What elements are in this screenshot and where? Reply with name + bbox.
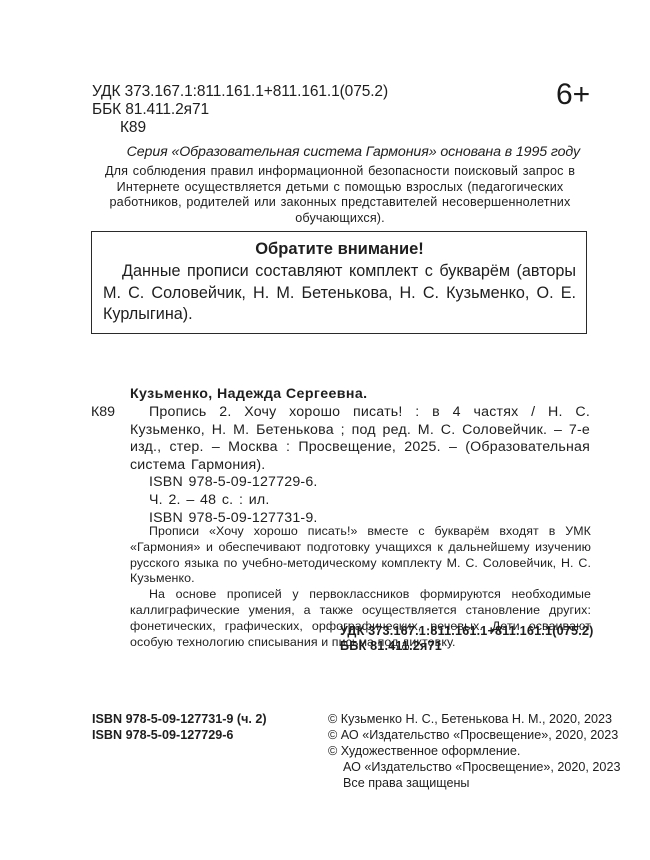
copyright-block: © Кузьменко Н. С., Бетенькова Н. М., 202… [328,711,620,791]
classification-footer: УДК 373.167.1:811.161.1+811.161.1(075.2)… [340,624,594,654]
annotation-paragraph: Прописи «Хочу хорошо писать!» вместе с б… [130,524,591,587]
udc-code-bottom: УДК 373.167.1:811.161.1+811.161.1(075.2) [340,624,594,639]
udc-code: УДК 373.167.1:811.161.1+811.161.1(075.2) [92,83,388,101]
catalog-isbn-set: ISBN 978-5-09-127729-6. [130,474,590,492]
author-mark: К89 [92,119,388,137]
catalog-code: К89 [91,404,115,421]
age-rating-badge: 6+ [556,79,590,111]
rights-reserved: Все права защищены [328,775,620,791]
bbk-code: ББК 81.411.2я71 [92,101,388,119]
isbn-line: ISBN 978-5-09-127731-9 (ч. 2) [92,711,267,727]
catalog-description: Пропись 2. Хочу хорошо писать! : в 4 час… [130,404,590,474]
notice-title: Обратите внимание! [103,239,576,260]
notice-text: Данные прописи составляют комплект с бук… [103,261,576,326]
copyright-line: АО «Издательство «Просвещение», 2020, 20… [328,759,620,775]
catalog-card: Пропись 2. Хочу хорошо писать! : в 4 час… [130,404,590,527]
isbn-line: ISBN 978-5-09-127729-6 [92,727,267,743]
copyright-line: © Кузьменко Н. С., Бетенькова Н. М., 202… [328,711,620,727]
copyright-line: © АО «Издательство «Просвещение», 2020, … [328,727,620,743]
series-note: Серия «Образовательная система Гармония»… [80,144,580,161]
catalog-part-info: Ч. 2. – 48 с. : ил. [130,492,590,510]
classification-header: УДК 373.167.1:811.161.1+811.161.1(075.2)… [92,83,388,137]
catalog-author: Кузьменко, Надежда Сергеевна. [130,386,368,403]
notice-box: Обратите внимание! Данные прописи состав… [91,231,587,334]
copyright-line: © Художественное оформление. [328,743,620,759]
bbk-code-bottom: ББК 81.411.2я71 [340,639,594,654]
isbn-block: ISBN 978-5-09-127731-9 (ч. 2) ISBN 978-5… [92,711,267,743]
internet-safety-note: Для соблюдения правил информационной без… [100,164,580,226]
